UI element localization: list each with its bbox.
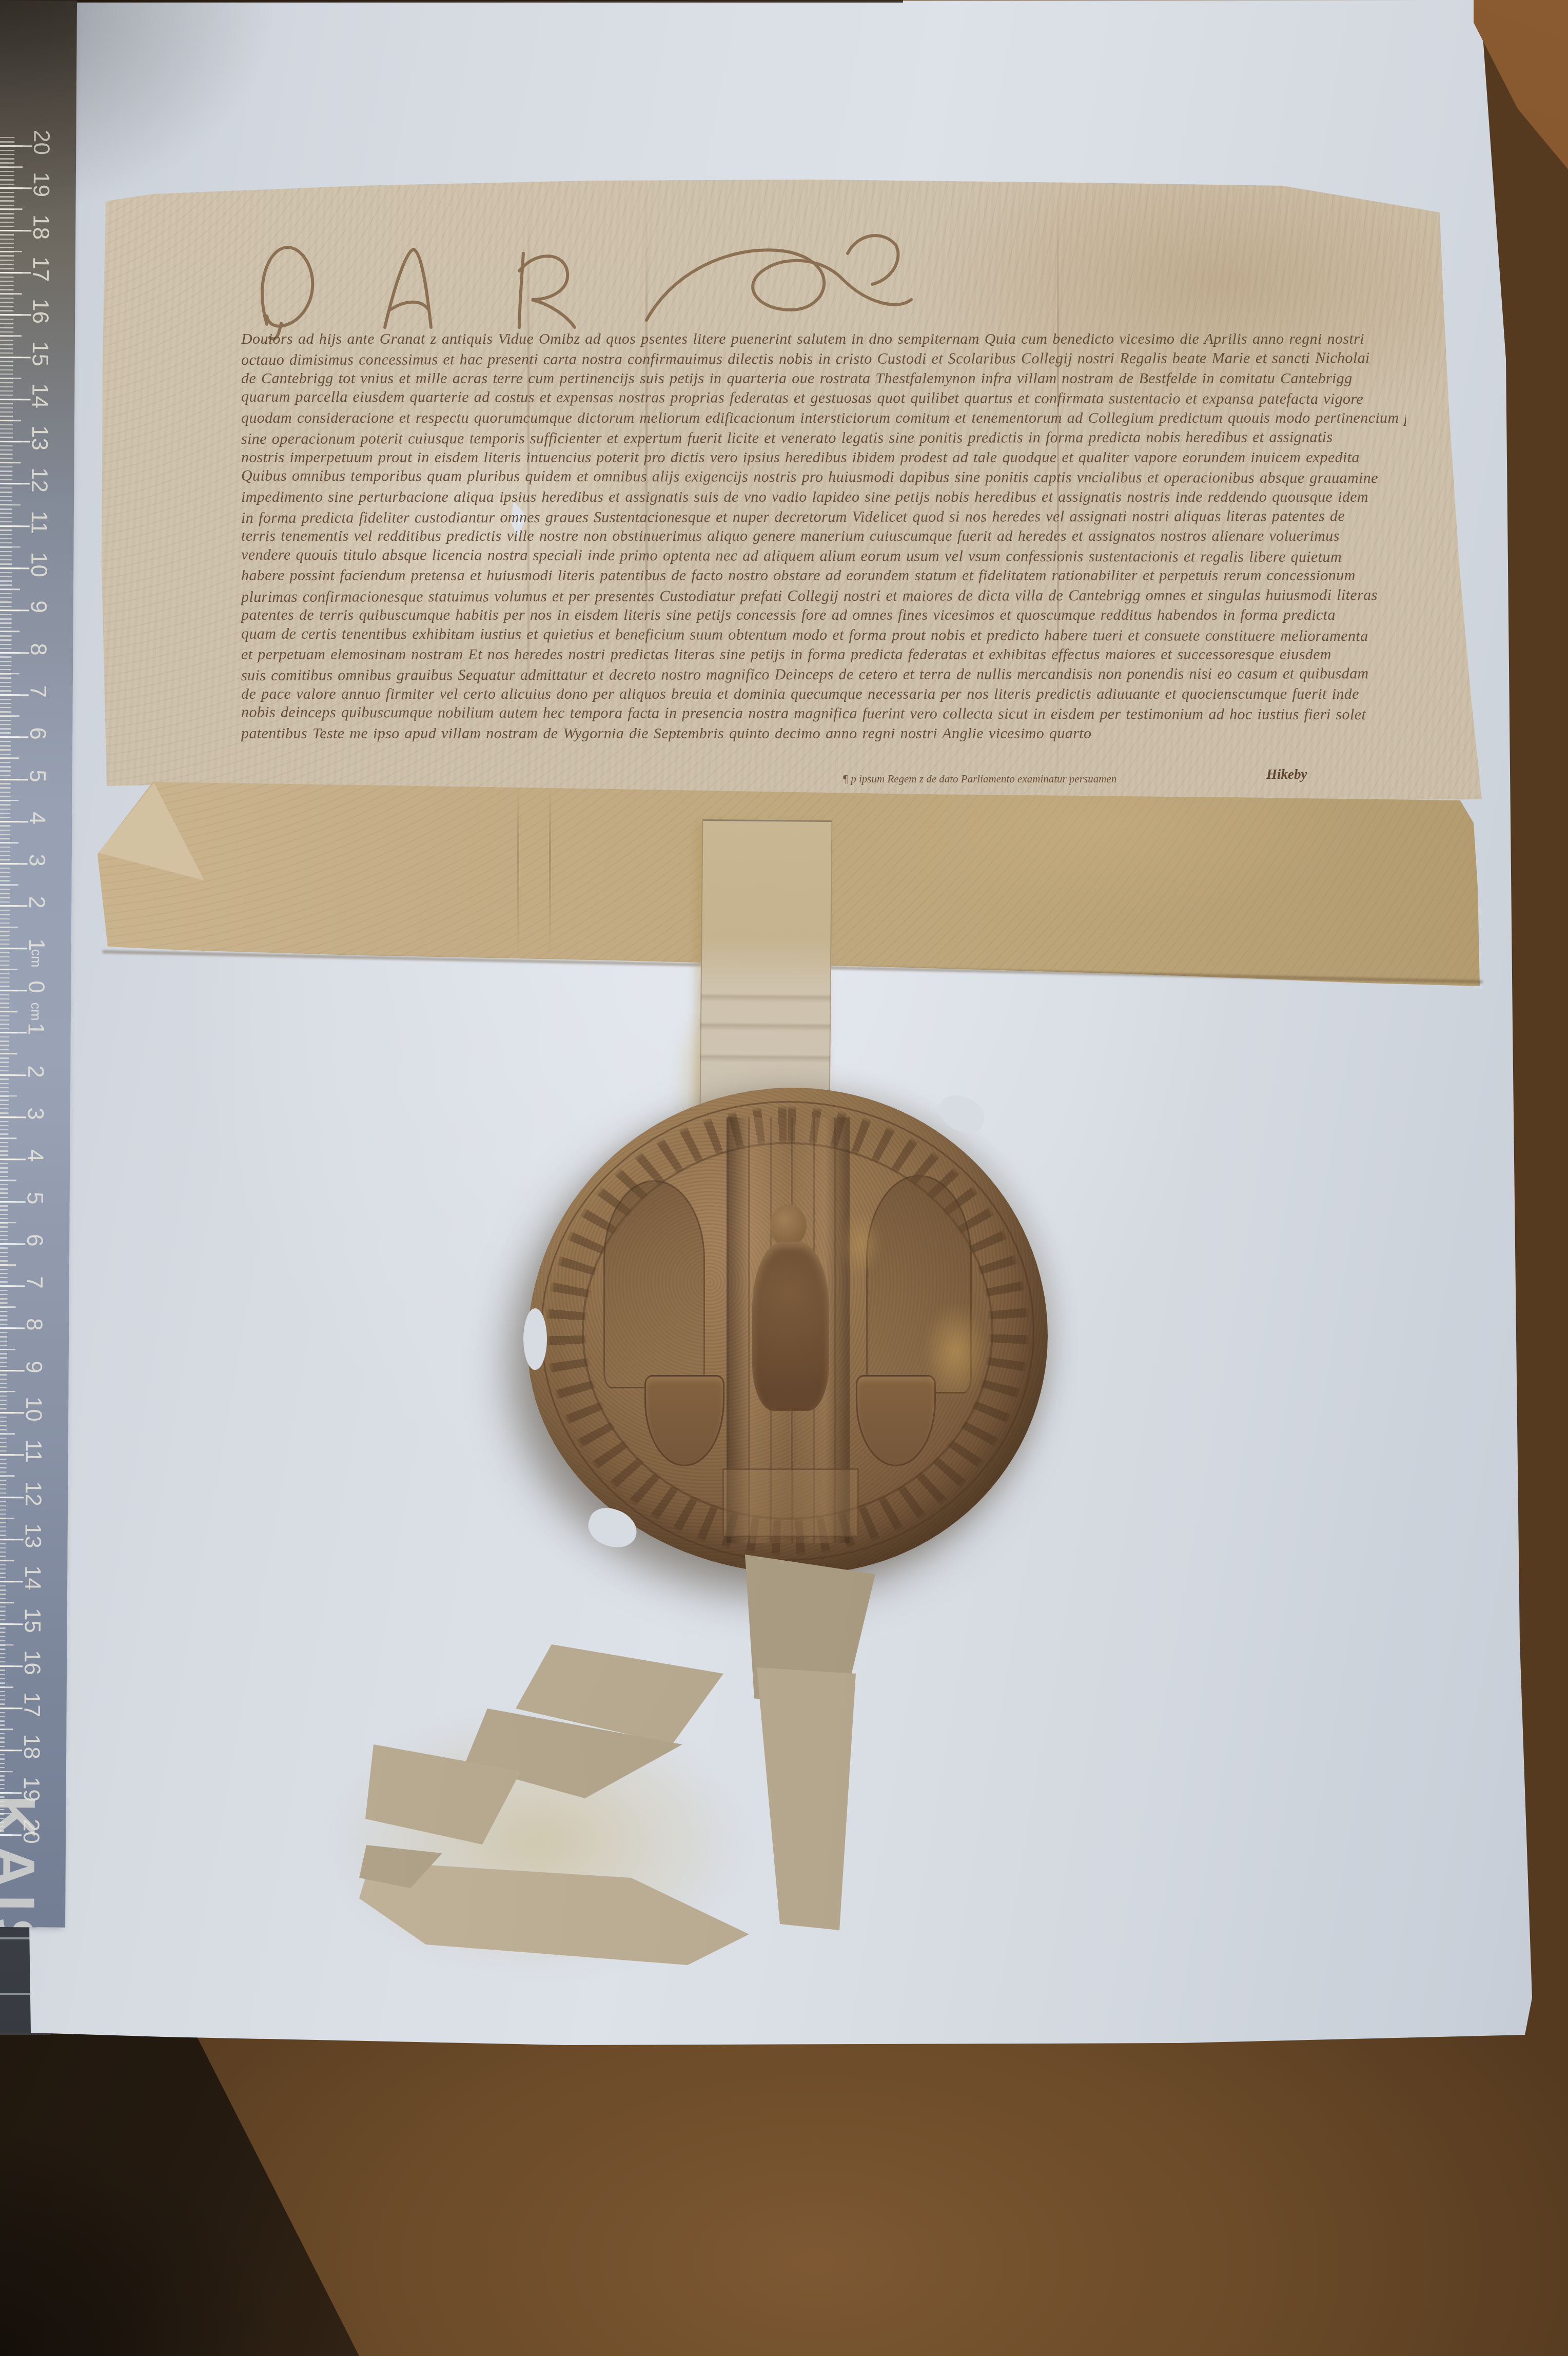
- manuscript-line: Douiors ad hijs ante Granat z antiquis V…: [241, 329, 1406, 349]
- photo-stage: Douiors ad hijs ante Granat z antiquis V…: [0, 0, 1568, 2356]
- ruler-number: 4: [25, 806, 49, 830]
- ruler-number: 14: [20, 1565, 45, 1590]
- ruler-number: 3: [25, 848, 49, 872]
- photo-ruler: 1122334455667788991010111112121313141415…: [0, 0, 77, 1928]
- ruler-number: 8: [26, 637, 50, 661]
- manuscript-line: vendere quouis titulo absque licencia no…: [241, 545, 1406, 567]
- seal-tag: [700, 819, 833, 1109]
- ruler-number: 8: [22, 1312, 46, 1337]
- ruler-numbers: 1122334455667788991010111112121313141415…: [0, 0, 77, 1928]
- fold-crease: [549, 786, 551, 955]
- ruler-number: 14: [27, 383, 52, 408]
- ruler-number: 9: [26, 595, 51, 619]
- manuscript-line: in forma predicta fideliter custodiantur…: [241, 506, 1406, 528]
- ruler-number: 15: [20, 1608, 45, 1633]
- fold-crease: [517, 786, 519, 955]
- ruler-number: 7: [22, 1270, 47, 1294]
- ruler-number: 17: [19, 1692, 44, 1717]
- ruler-number: 10: [21, 1397, 46, 1421]
- ruler-number: 5: [25, 763, 50, 788]
- ruler-number: 19: [29, 172, 53, 197]
- manuscript-line: sine operacionum poterit cuiusque tempor…: [241, 427, 1406, 449]
- manuscript-line: patentes de terris quibuscumque habitis …: [241, 605, 1406, 625]
- table-edge-line: [0, 0, 903, 3]
- ruler-number: 20: [29, 130, 53, 154]
- manuscript-line: et perpetuam elemosinam nostram Et nos h…: [241, 645, 1406, 664]
- manuscript-line: suis comitibus omnibus grauibus Sequatur…: [241, 664, 1406, 685]
- ruler-number: 12: [21, 1481, 45, 1506]
- manuscript-text: Douiors ad hijs ante Granat z antiquis V…: [241, 329, 1406, 743]
- ruler-number: 11: [27, 510, 51, 535]
- seal-central-figure: [752, 1242, 829, 1411]
- ruler-number: 13: [21, 1523, 45, 1548]
- ruler-number: 0: [24, 974, 48, 999]
- clerk-signature: Hikeby: [1266, 767, 1307, 782]
- ruler-number: 16: [19, 1650, 44, 1675]
- ruler-unit-label: cm: [26, 948, 46, 968]
- manuscript-line: patentibus Teste me ipso apud villam nos…: [241, 724, 1406, 743]
- ruler-number: 2: [24, 890, 49, 915]
- ruler-number: 7: [26, 679, 50, 703]
- ruler-brand-label: KAISER: [0, 1795, 49, 1928]
- ruler-unit-label: cm: [26, 1001, 46, 1022]
- manuscript-line: nostris imperpetuum prout in eisdem lite…: [241, 448, 1406, 467]
- ruler-number: 16: [28, 299, 52, 324]
- ruler-number: 18: [28, 214, 53, 239]
- ruler-number: 12: [27, 468, 51, 493]
- manuscript-line: Quibus omnibus temporibus quam pluribus …: [241, 466, 1406, 488]
- manuscript-line: impedimento sine perturbacione aliqua ip…: [241, 487, 1406, 507]
- wax-seal: [527, 1088, 1048, 1574]
- ruler-number: 18: [19, 1735, 44, 1759]
- ruler-number: 15: [28, 341, 52, 366]
- manuscript-line: de Cantebrigg tot vnius et mille acras t…: [241, 369, 1406, 388]
- seal-gloss-patch: [840, 1211, 881, 1278]
- ruler-number: 17: [28, 257, 53, 281]
- manuscript-line: terris tenementis vel redditibus predict…: [241, 526, 1406, 546]
- manuscript-line: habere possint faciendum pretensa et hui…: [241, 566, 1406, 585]
- manuscript-line: plurimas confirmacionesque statuimus vol…: [241, 585, 1406, 607]
- manuscript-line: quarum parcella eiusdem quarterie ad cos…: [241, 387, 1406, 409]
- ruler-number: 11: [21, 1439, 46, 1464]
- seal-gloss-patch: [923, 1303, 989, 1401]
- flourish-initials: [236, 222, 913, 342]
- seal-chip: [523, 1308, 547, 1370]
- ruler-number: 9: [22, 1354, 46, 1379]
- ruler-number: 4: [23, 1144, 47, 1168]
- ruler-number: 6: [25, 721, 50, 746]
- ruler-number: 13: [27, 425, 52, 450]
- ruler-number: 10: [26, 552, 51, 577]
- seal-plinth: [722, 1468, 859, 1537]
- manuscript-line: quam de certis tenentibus exhibitam iust…: [241, 624, 1406, 646]
- manuscript-line: octauo dimisimus concessimus et hac pres…: [241, 348, 1406, 370]
- ruler-number: 6: [22, 1228, 47, 1252]
- ruler-number: 5: [23, 1186, 47, 1210]
- manuscript-line: de pace valore annuo firmiter vel certo …: [241, 684, 1406, 704]
- seal-chip: [933, 1089, 990, 1139]
- seal-figure-head: [770, 1205, 807, 1247]
- seal-niche-left: [603, 1180, 705, 1388]
- ruler-number: 3: [23, 1101, 48, 1126]
- manuscript-line: nobis deinceps quibuscumque nobilium aut…: [241, 703, 1406, 725]
- manuscript-line: quodam consideracione et respectu quorum…: [241, 408, 1406, 428]
- ruler-number: 2: [23, 1059, 48, 1084]
